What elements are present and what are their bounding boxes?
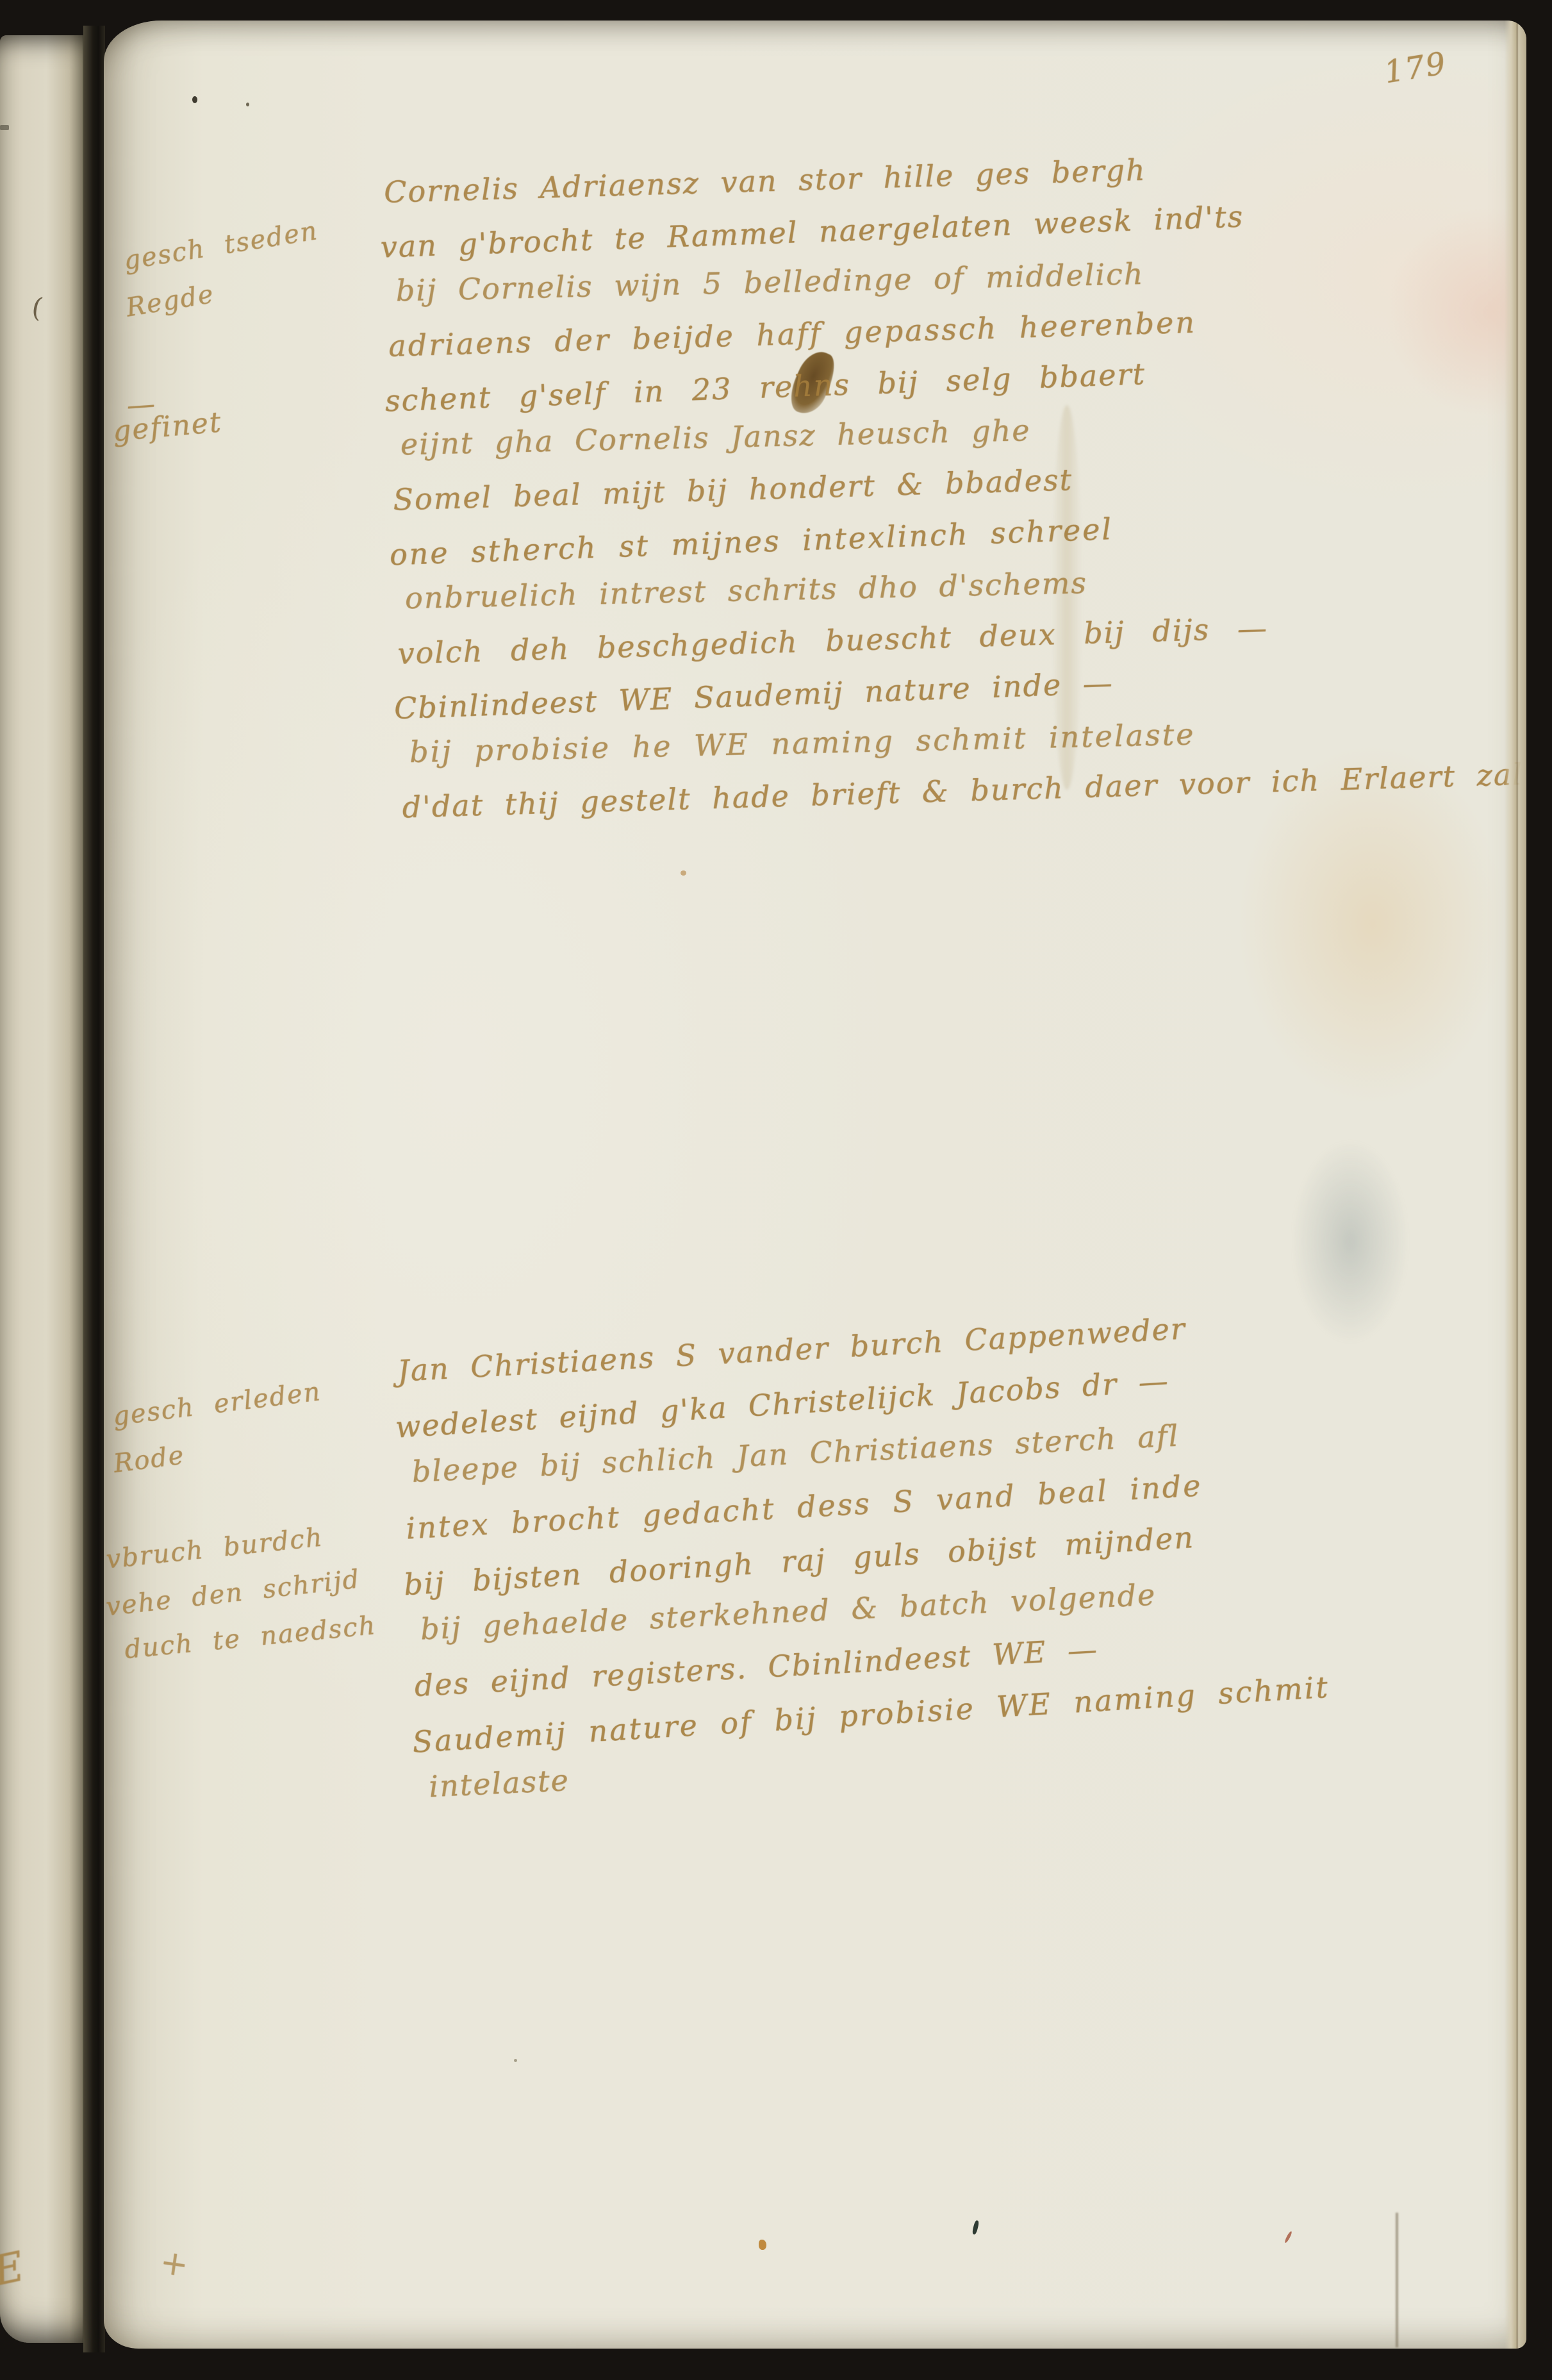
facing-page-edge: ( E	[0, 35, 85, 2343]
margin-note-entry1: gesch tsedenRegde	[120, 208, 329, 329]
paper-crease	[1396, 2213, 1398, 2347]
manuscript-scan: { "document": { "kind": "handwritten man…	[0, 0, 1552, 2380]
folio-number: 179	[1382, 46, 1449, 91]
scan-edge-mark	[0, 125, 9, 130]
dust-speck	[246, 103, 249, 106]
ink-tick-mark: (	[29, 291, 45, 324]
dust-speck	[681, 870, 686, 876]
ink-scribble-mark: E	[0, 2243, 29, 2296]
dust-speck	[514, 2059, 517, 2062]
page-fore-edge	[1505, 21, 1526, 2349]
book-gutter-shadow	[83, 26, 105, 2352]
ink-speck	[971, 2220, 979, 2234]
manuscript-page: 179 gesch tsedenRegde — gefinet Cornelis…	[104, 21, 1526, 2349]
text-block-entry2: Jan Christiaens S vander burch Cappenwed…	[396, 1285, 1526, 1817]
text-block-entry1: Cornelis Adriaensz van stor hille ges be…	[383, 133, 1526, 833]
dust-speck	[192, 96, 197, 103]
margin-note-entry2: gesch erledenRode	[110, 1369, 329, 1486]
margin-note-entry2-second: vbruch burdchvehe den schrijdduch te nae…	[104, 1510, 379, 1674]
ink-speck	[759, 2240, 766, 2250]
ink-speck	[1284, 2231, 1293, 2243]
cross-mark: +	[158, 2243, 192, 2285]
